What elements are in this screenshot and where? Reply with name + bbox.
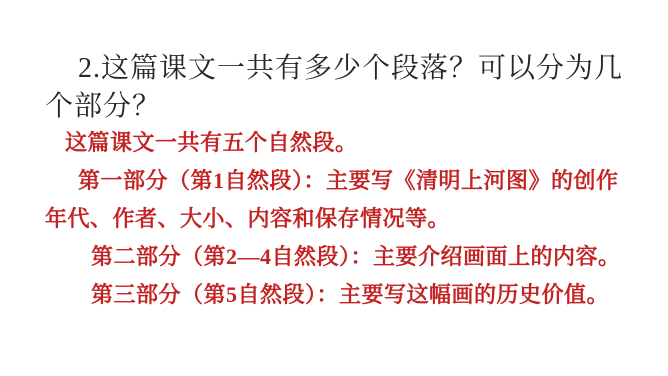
answer-line-summary: 这篇课文一共有五个自然段。 xyxy=(45,124,645,162)
question-block: 2.这篇课文一共有多少个段落？可以分为几 个部分？ xyxy=(45,50,635,126)
question-line-1: 2.这篇课文一共有多少个段落？可以分为几 xyxy=(45,50,635,88)
answer-line-part1-a: 第一部分（第1自然段）：主要写《清明上河图》的创作 xyxy=(45,162,645,200)
presentation-slide: 2.这篇课文一共有多少个段落？可以分为几 个部分？ 这篇课文一共有五个自然段。 … xyxy=(0,0,668,376)
answer-line-part3: 第三部分（第5自然段）：主要写这幅画的历史价值。 xyxy=(45,276,645,314)
answer-line-part1-b: 年代、作者、大小、内容和保存情况等。 xyxy=(45,200,645,238)
question-line-2: 个部分？ xyxy=(45,88,635,126)
answer-line-part2: 第二部分（第2—4自然段）：主要介绍画面上的内容。 xyxy=(45,238,645,276)
answer-block: 这篇课文一共有五个自然段。 第一部分（第1自然段）：主要写《清明上河图》的创作 … xyxy=(45,124,645,314)
